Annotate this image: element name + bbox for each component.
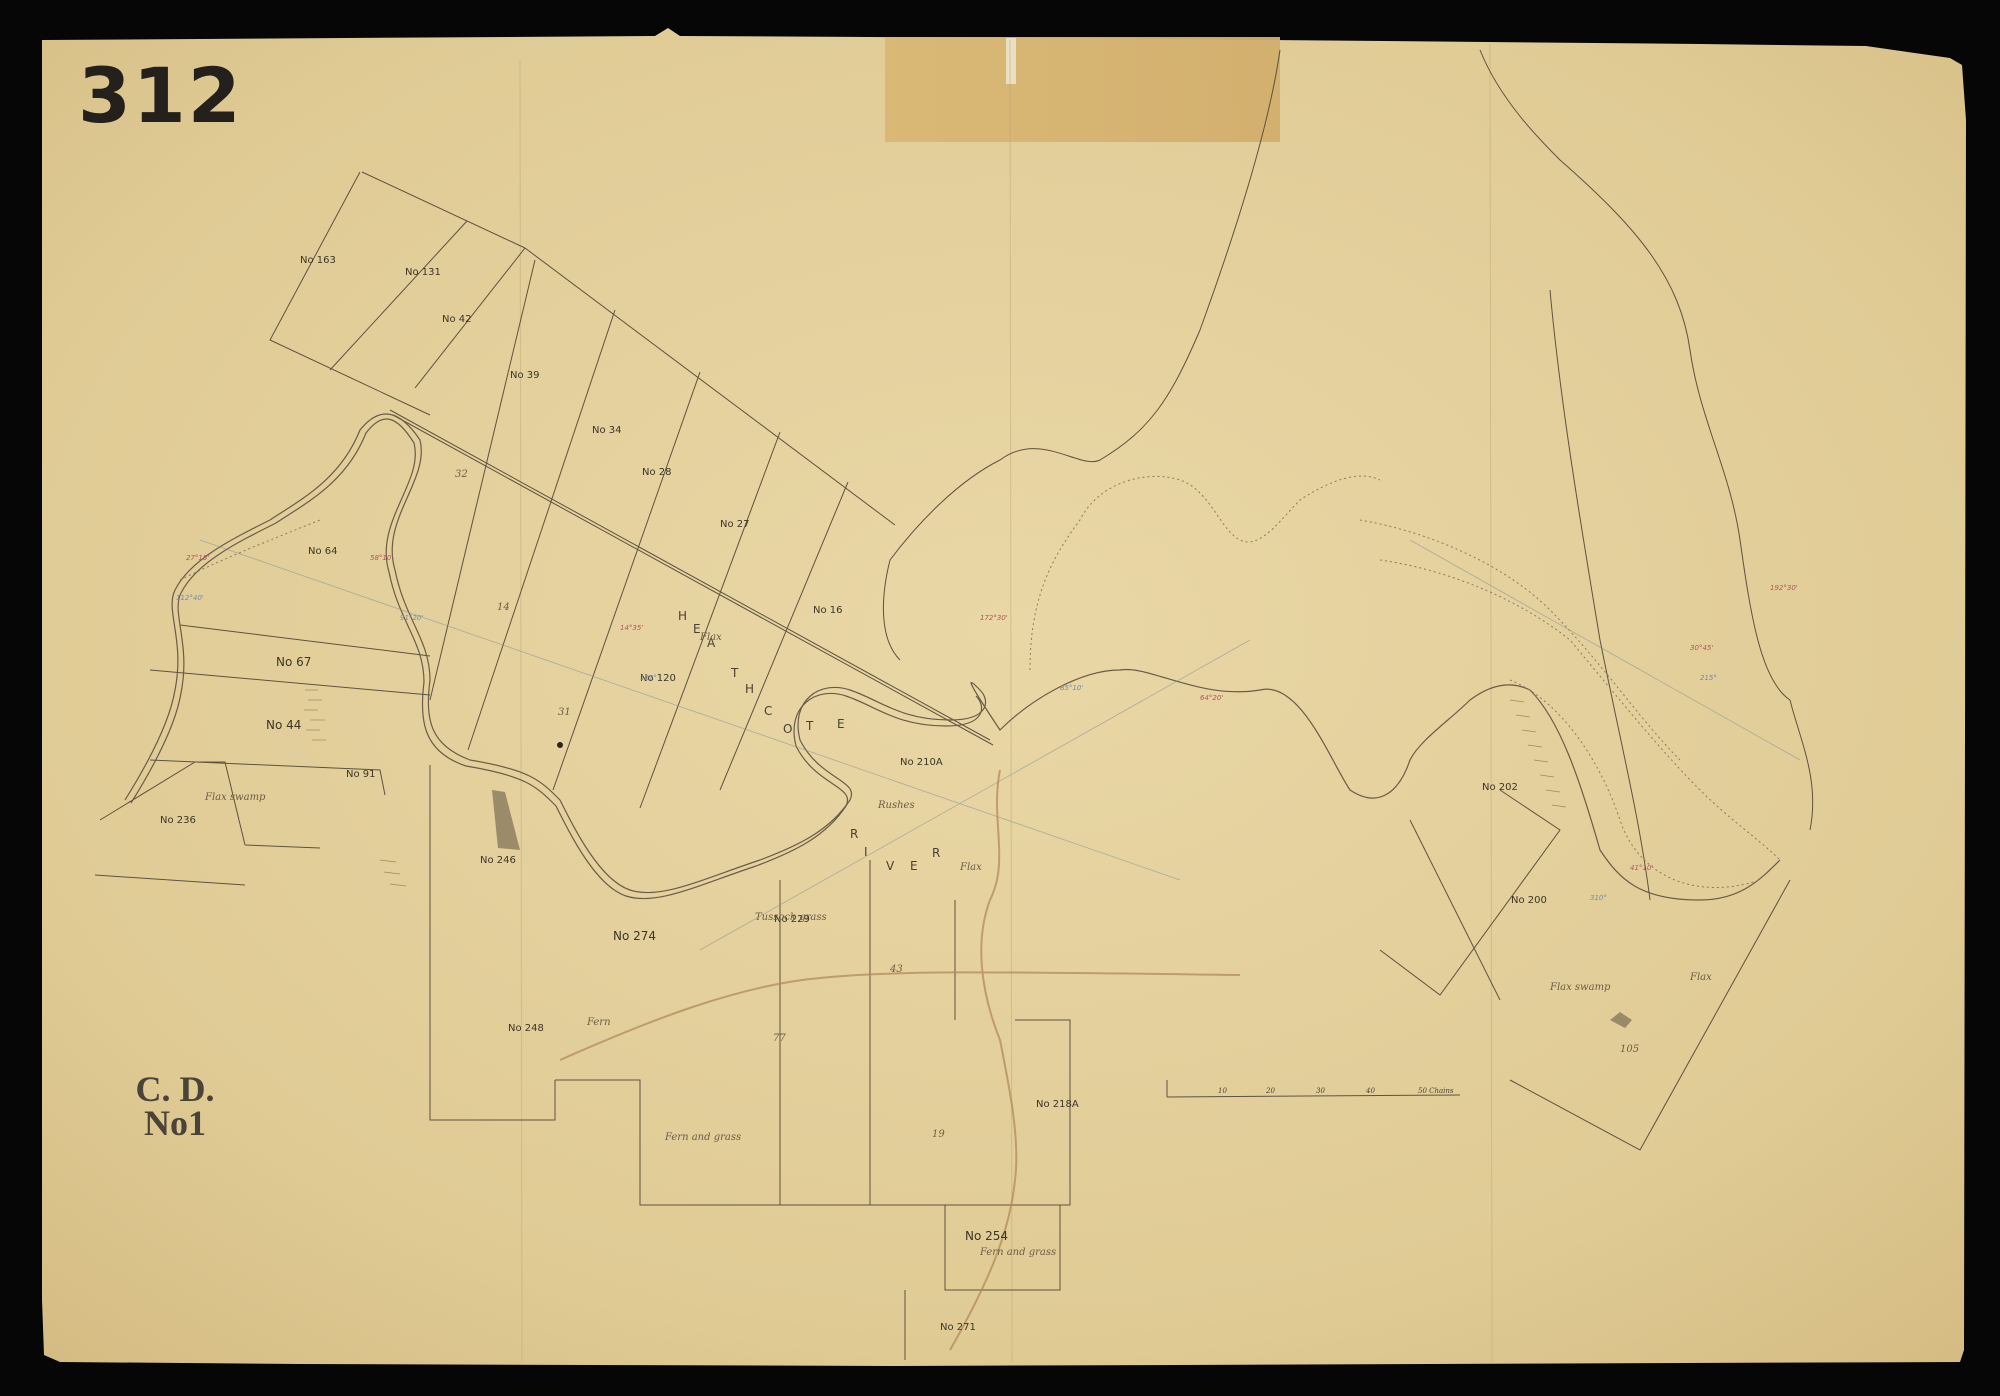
svg-text:105: 105	[1620, 1044, 1639, 1055]
survey-mark	[557, 742, 563, 748]
svg-text:43: 43	[889, 964, 903, 975]
svg-text:14: 14	[497, 602, 510, 613]
svg-text:Flax swamp: Flax swamp	[204, 792, 266, 803]
lot-label: No 131	[405, 267, 441, 278]
lot-label: No 274	[613, 929, 656, 943]
svg-text:Fern: Fern	[586, 1017, 611, 1028]
paper-sheet	[42, 28, 1966, 1366]
svg-text:H: H	[745, 682, 755, 696]
svg-text:122°: 122°	[640, 674, 657, 682]
lot-label: No 210A	[900, 757, 943, 768]
svg-text:41°10': 41°10'	[1630, 864, 1653, 872]
lot-label: No 246	[480, 855, 516, 866]
lot-label: No 67	[276, 655, 311, 669]
survey-map-sheet: 10 20 30 40 50 Chains H E A T H C O T E …	[0, 0, 2000, 1396]
scale-unit: 50 Chains	[1418, 1087, 1454, 1095]
lot-label: No 248	[508, 1023, 544, 1034]
svg-text:R: R	[850, 827, 859, 841]
svg-text:85°10': 85°10'	[1060, 684, 1083, 692]
lot-label: No 34	[592, 425, 622, 436]
svg-text:31: 31	[558, 707, 571, 718]
lot-label: No 271	[940, 1322, 976, 1333]
svg-text:30°45': 30°45'	[1690, 644, 1713, 652]
scale-tick-20: 20	[1265, 1087, 1275, 1095]
scale-tick-40: 40	[1365, 1087, 1375, 1095]
svg-text:58°10': 58°10'	[370, 554, 393, 562]
svg-text:27°15': 27°15'	[186, 554, 209, 562]
lot-label: No 163	[300, 255, 336, 266]
svg-text:T: T	[805, 719, 814, 733]
lot-label: No 42	[442, 314, 472, 325]
lot-label: No 64	[308, 546, 338, 557]
svg-text:E: E	[910, 859, 919, 873]
svg-text:Rushes: Rushes	[877, 800, 915, 811]
svg-text:19: 19	[932, 1129, 945, 1140]
svg-text:I: I	[864, 845, 869, 859]
svg-text:14°35': 14°35'	[620, 624, 643, 632]
svg-text:O: O	[783, 722, 793, 736]
district-code-line2: No1	[120, 1106, 230, 1140]
svg-text:Flax: Flax	[699, 632, 722, 643]
tape-patch	[885, 37, 1280, 142]
svg-text:32: 32	[455, 469, 468, 480]
svg-text:C: C	[764, 704, 773, 718]
svg-text:215°: 215°	[1700, 674, 1717, 682]
svg-text:T: T	[730, 666, 739, 680]
scale-tick-30: 30	[1316, 1087, 1325, 1095]
tape-tear	[1006, 38, 1016, 84]
lot-label: No 16	[813, 605, 843, 616]
lot-label: No 218A	[1036, 1099, 1079, 1110]
svg-text:192°30': 192°30'	[1770, 584, 1798, 592]
svg-text:Flax: Flax	[959, 862, 982, 873]
scale-tick-10: 10	[1218, 1087, 1227, 1095]
svg-text:64°20': 64°20'	[1200, 694, 1223, 702]
lot-label: No 39	[510, 370, 540, 381]
svg-text:77: 77	[773, 1033, 786, 1044]
lot-label: No 236	[160, 815, 196, 826]
svg-text:91°20': 91°20'	[400, 614, 423, 622]
svg-text:112°40': 112°40'	[176, 594, 204, 602]
svg-text:H: H	[678, 609, 688, 623]
svg-text:Flax: Flax	[1689, 972, 1712, 983]
image-viewer: 10 20 30 40 50 Chains H E A T H C O T E …	[0, 0, 2000, 1396]
svg-text:Fern and grass: Fern and grass	[664, 1132, 741, 1143]
lot-label: No 27	[720, 519, 750, 530]
svg-text:R: R	[932, 846, 941, 860]
svg-text:Flax swamp: Flax swamp	[1549, 982, 1611, 993]
svg-text:Tussock grass: Tussock grass	[755, 912, 827, 923]
lot-label: No 28	[642, 467, 672, 478]
svg-text:310°: 310°	[1590, 894, 1607, 902]
lot-label: No 200	[1511, 895, 1547, 906]
lot-label: No 202	[1482, 782, 1518, 793]
svg-text:E: E	[837, 717, 846, 731]
lot-label: No 44	[266, 718, 301, 732]
svg-text:V: V	[886, 859, 895, 873]
sheet-number: 312	[78, 58, 243, 134]
lot-label: No 254	[965, 1229, 1008, 1243]
svg-text:Fern and grass: Fern and grass	[979, 1247, 1056, 1258]
district-code-line1: C. D.	[120, 1072, 230, 1106]
district-code: C. D. No1	[120, 1072, 230, 1140]
lot-label: No 91	[346, 769, 376, 780]
svg-text:172°30': 172°30'	[980, 614, 1008, 622]
